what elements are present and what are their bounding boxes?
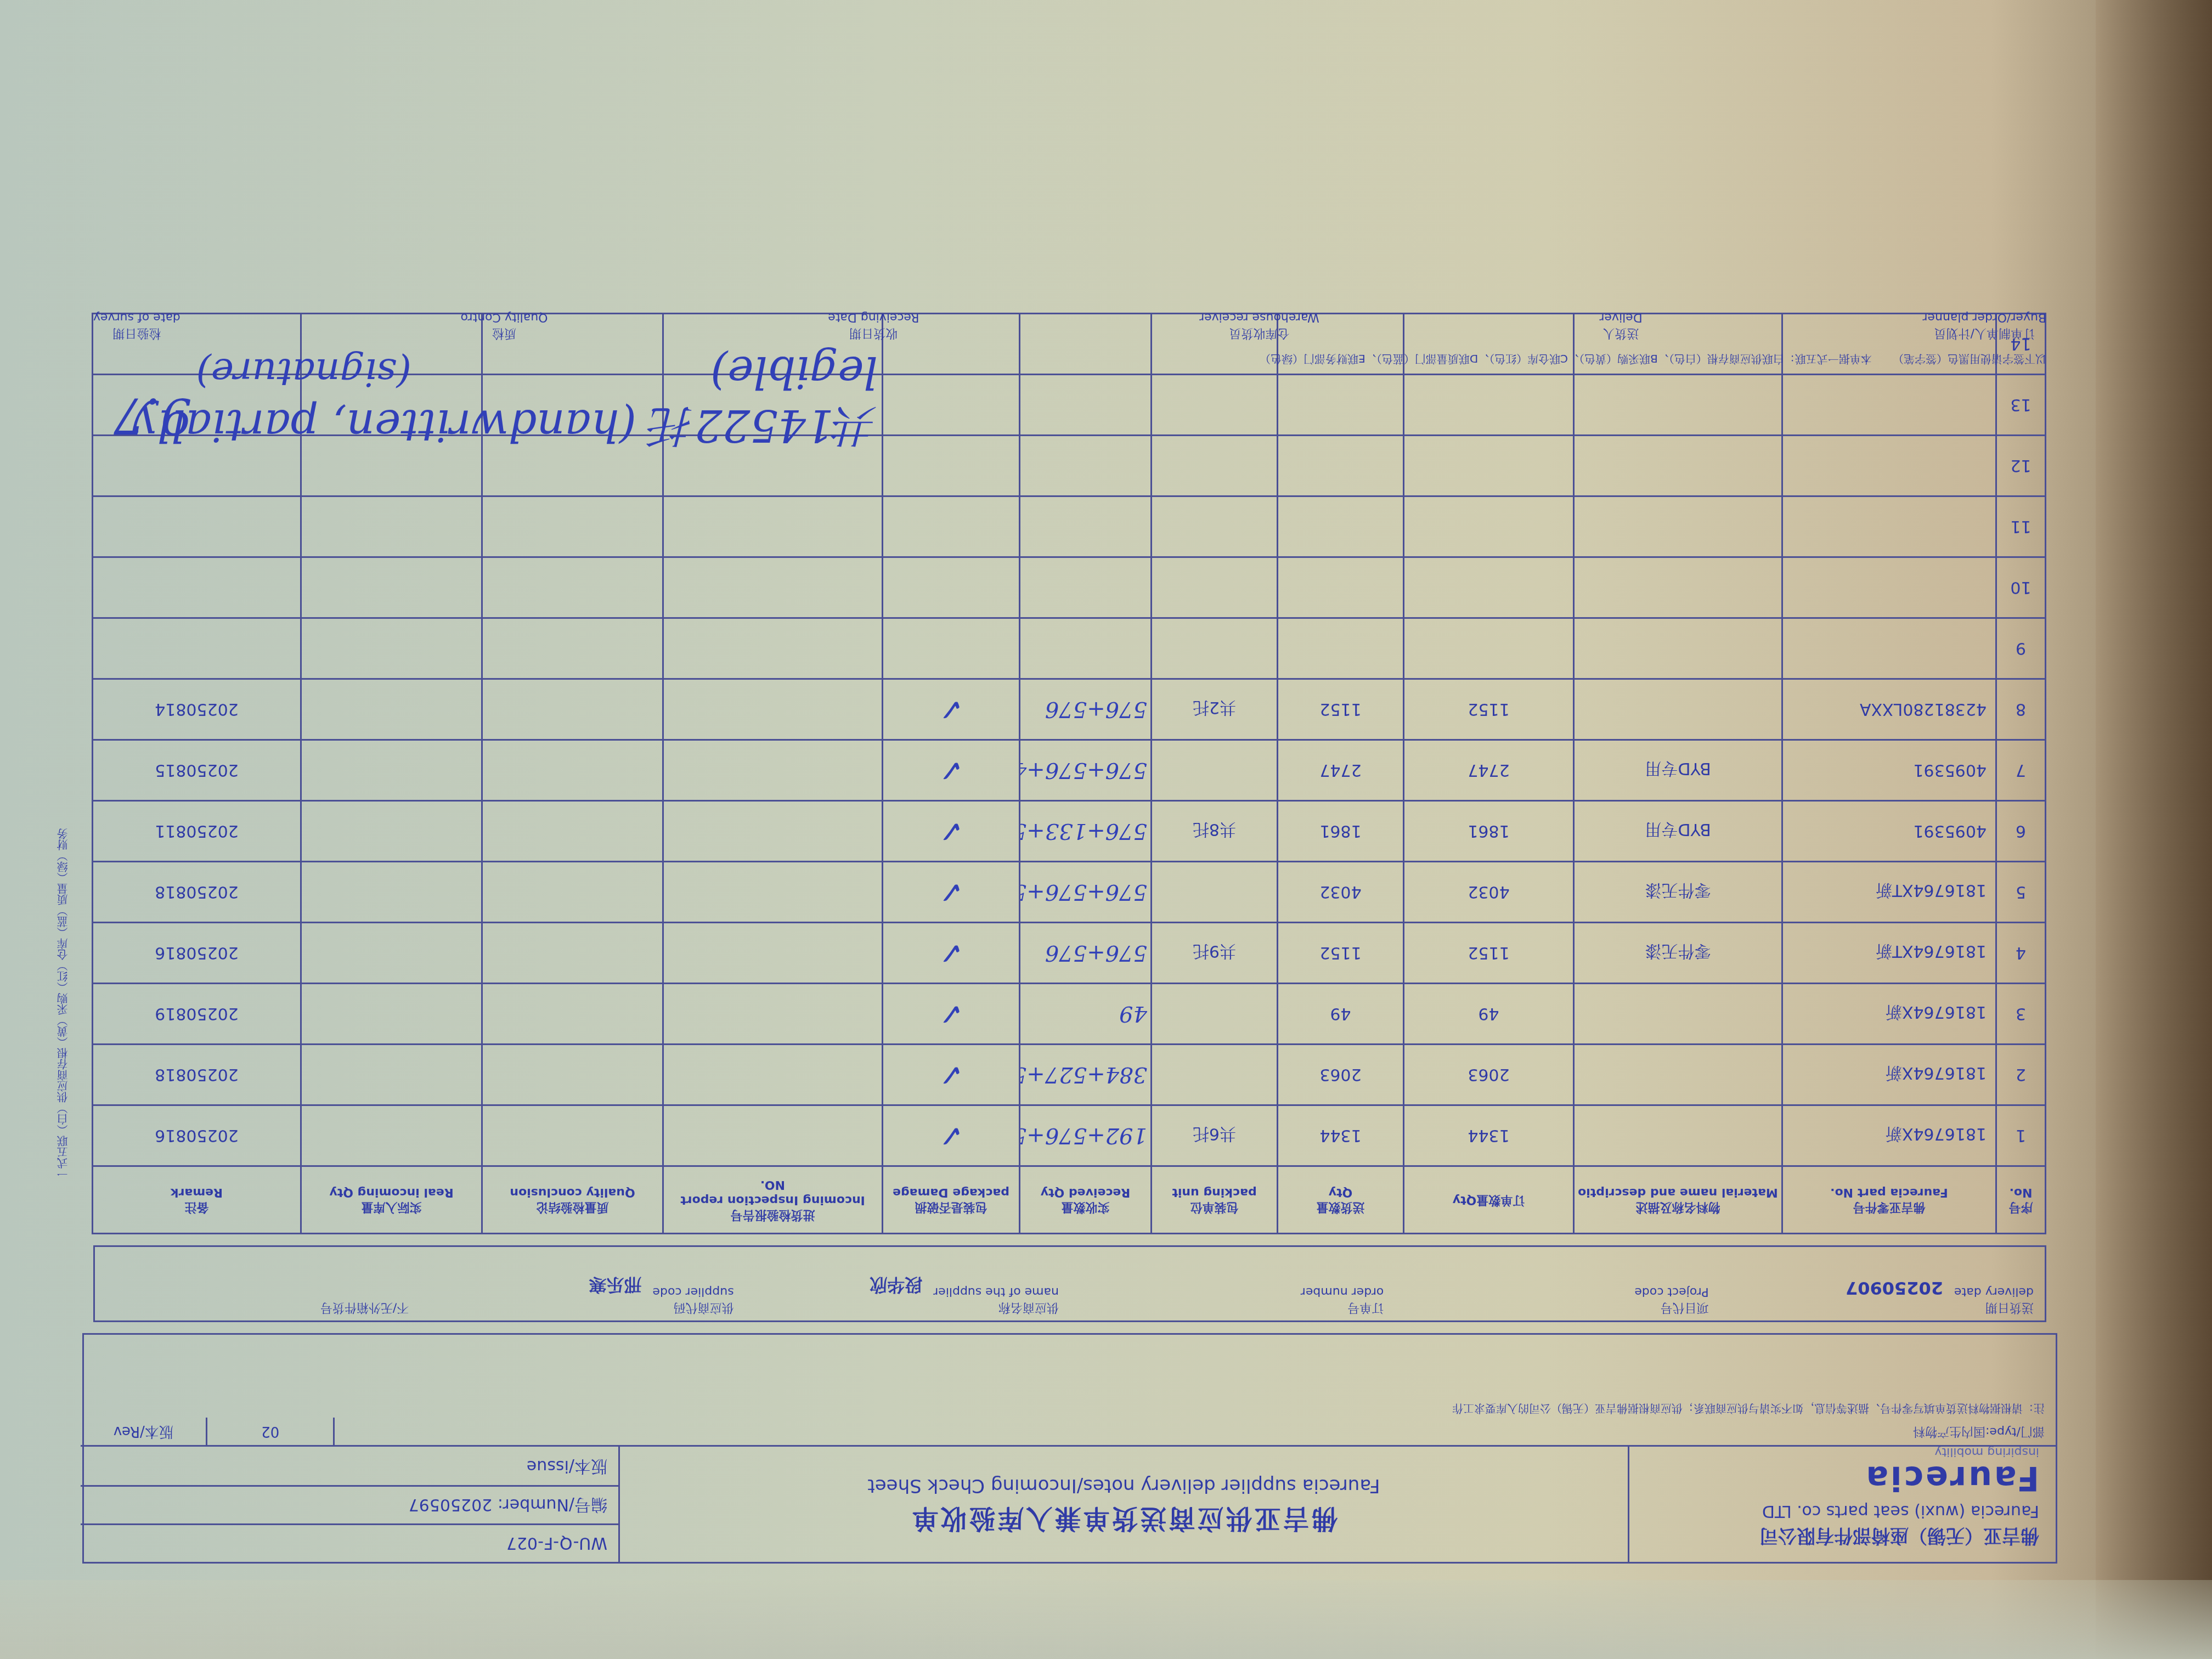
- remark-date: [93, 557, 301, 618]
- col-description-cn: 物料名称及描述: [1578, 1200, 1778, 1215]
- part-no: [1782, 557, 1996, 618]
- col-package-damage-en: package Damage: [887, 1185, 1015, 1200]
- packing-unit: [1152, 557, 1278, 618]
- received-qty: 192+576+576: [1020, 1105, 1152, 1166]
- sign-buyer: 订单制单人/计划员Buyer/Order planner: [1922, 309, 2046, 341]
- col-remark-cn: 备注: [97, 1200, 297, 1215]
- packing-unit: [1152, 375, 1278, 436]
- project-code-label-cn: 项目代号: [1634, 1299, 1708, 1315]
- order-qty: [1404, 496, 1574, 557]
- description: BYD专用: [1574, 801, 1782, 862]
- received-qty: 384+527+576+576: [1020, 1045, 1152, 1105]
- quality-conclusion: [482, 618, 663, 679]
- delivery-date-label-cn: 送货日期: [1954, 1299, 2034, 1315]
- inspection-report: [663, 801, 883, 862]
- revision-box: 02 版本/Rev: [81, 1418, 335, 1445]
- order-qty: [1404, 436, 1574, 496]
- package-damage-check: ✓: [883, 1045, 1020, 1105]
- footer-left-note: 以下签字请使用黑色（签字笔）: [1893, 352, 2046, 365]
- real-incoming-qty: [301, 557, 482, 618]
- description: [1574, 1105, 1782, 1166]
- package-damage-check: ✓: [883, 740, 1020, 801]
- row-no: 5: [1996, 862, 2046, 923]
- quality-conclusion: [482, 557, 663, 618]
- received-qty: 576+133+576+576: [1020, 801, 1152, 862]
- rev-label: 版本/Rev: [81, 1418, 208, 1445]
- supplier-name-value: 段华欣: [870, 1273, 922, 1315]
- form-code-block: WU-Q-F-027 编号/Number: 20250597 版本/issue: [81, 1447, 618, 1562]
- col-received-qty: 实收数量Received Qty: [1020, 1166, 1152, 1234]
- company-name-cn: 佛吉亚（无锡）座椅部件有限公司: [1646, 1524, 2039, 1551]
- col-packing-unit-cn: 包装单位: [1155, 1200, 1273, 1215]
- inspection-report: [663, 496, 883, 557]
- package-damage-check: ✓: [883, 801, 1020, 862]
- real-incoming-qty: [301, 1045, 482, 1105]
- part-no: 4095391: [1782, 801, 1996, 862]
- inspection-report: [663, 1105, 883, 1166]
- company-block: 佛吉亚（无锡）座椅部件有限公司 Faurecia (wuxi) seat par…: [1628, 1447, 2056, 1562]
- sign-receiving-date-cn: 收货日期: [828, 325, 919, 341]
- order-qty: [1404, 375, 1574, 436]
- real-incoming-qty: [301, 740, 482, 801]
- quality-conclusion: [482, 1105, 663, 1166]
- real-incoming-qty: [301, 1105, 482, 1166]
- received-qty: 576+576+576+576+576+576+576: [1020, 862, 1152, 923]
- signature-row: 订单制单人/计划员Buyer/Order planner 送货人Deliver …: [93, 309, 2046, 341]
- col-description: 物料名称及描述Material name and descriptio: [1574, 1166, 1782, 1234]
- quality-conclusion: [482, 740, 663, 801]
- sign-buyer-cn: 订单制单人/计划员: [1922, 325, 2046, 341]
- packing-note-field: 不/无外箱件货号: [95, 1247, 420, 1321]
- col-inspection-report-cn: 进货检验报告号: [667, 1207, 878, 1223]
- sign-quality-cn: 质检: [461, 325, 548, 341]
- col-remark-en: Remark: [97, 1185, 297, 1200]
- row-no: 13: [1996, 375, 2046, 436]
- table-row: 10: [93, 557, 2046, 618]
- part-no: 1816764X新: [1782, 984, 1996, 1045]
- order-qty: 1152: [1404, 923, 1574, 984]
- part-no: [1782, 496, 1996, 557]
- delivery-qty: 2063: [1278, 1045, 1404, 1105]
- order-number-label: 订单号 order number: [1301, 1284, 1384, 1315]
- package-damage-check: ✓: [883, 1105, 1020, 1166]
- delivery-qty: [1278, 557, 1404, 618]
- table-row: 9: [93, 618, 2046, 679]
- delivery-check-sheet: 佛吉亚（无锡）座椅部件有限公司 Faurecia (wuxi) seat par…: [82, 236, 2057, 1564]
- order-qty: 2747: [1404, 740, 1574, 801]
- part-no: [1782, 618, 1996, 679]
- package-damage-check: ✓: [883, 679, 1020, 740]
- part-no: 1816764XT新: [1782, 923, 1996, 984]
- delivery-date-value: 20250907: [1846, 1278, 1943, 1315]
- real-incoming-qty: [301, 679, 482, 740]
- col-real-incoming-qty: 实际入库量Real incoming Qty: [301, 1166, 482, 1234]
- supplier-code-label-en: supplier code: [652, 1284, 733, 1300]
- col-real-incoming-qty-en: Real incoming Qty: [305, 1185, 478, 1200]
- col-quality-conclusion-en: Quality conclusion: [486, 1185, 659, 1200]
- order-qty: 1861: [1404, 801, 1574, 862]
- page-title-en: Faurecia supplier delivery notes/Incomin…: [620, 1475, 1628, 1497]
- form-number-label: 编号/Number:: [498, 1495, 607, 1514]
- package-damage-check: ✓: [883, 862, 1020, 923]
- packing-unit: [1152, 740, 1278, 801]
- row-no: 8: [1996, 679, 2046, 740]
- col-received-qty-en: Received Qty: [1024, 1185, 1147, 1200]
- order-qty: [1404, 618, 1574, 679]
- description: [1574, 618, 1782, 679]
- packing-unit: [1152, 862, 1278, 923]
- row-no: 6: [1996, 801, 2046, 862]
- part-no: 1816764X新: [1782, 1105, 1996, 1166]
- remark-date: [93, 618, 301, 679]
- part-no: [1782, 375, 1996, 436]
- col-quality-conclusion: 质量检验结论Quality conclusion: [482, 1166, 663, 1234]
- order-number-field: 订单号 order number: [1070, 1247, 1395, 1321]
- packing-unit: 共6托: [1152, 1105, 1278, 1166]
- supplier-name-field: 供应商名称 name of the supplier 段华欣: [745, 1247, 1070, 1321]
- real-incoming-qty: [301, 862, 482, 923]
- dept-type: 部门/type:国内生产物料: [1913, 1425, 2045, 1438]
- col-received-qty-cn: 实收数量: [1024, 1200, 1147, 1215]
- delivery-qty: 2747: [1278, 740, 1404, 801]
- company-name-en: Faurecia (wuxi) seat parts co. LTD: [1646, 1502, 2039, 1521]
- sign-warehouse-cn: 仓库收货员: [1199, 325, 1319, 341]
- delivery-qty: 49: [1278, 984, 1404, 1045]
- quality-conclusion: [482, 496, 663, 557]
- sign-deliver-cn: 送货人: [1599, 325, 1642, 341]
- package-damage-check: [883, 618, 1020, 679]
- order-qty: 4032: [1404, 862, 1574, 923]
- sign-quality-en: Quality Contro: [461, 309, 548, 325]
- photo-bottom-surface: [0, 1580, 2212, 1659]
- order-qty: 49: [1404, 984, 1574, 1045]
- supplier-extra-value: 邢乐寒: [589, 1273, 641, 1315]
- delivery-qty: [1278, 618, 1404, 679]
- package-damage-check: [883, 557, 1020, 618]
- received-qty: [1020, 375, 1152, 436]
- description: 零件无漆: [1574, 923, 1782, 984]
- remark-date: 20250816: [93, 923, 301, 984]
- col-inspection-report-en: Incoming Inspection report NO.: [667, 1177, 878, 1207]
- form-number: 编号/Number: 20250597: [81, 1485, 618, 1523]
- remark-date: 20250816: [93, 1105, 301, 1166]
- description: 零件无漆: [1574, 862, 1782, 923]
- sign-deliver-en: Deliver: [1599, 309, 1642, 325]
- form-code: WU-Q-F-027: [81, 1523, 618, 1562]
- real-incoming-qty: [301, 984, 482, 1045]
- col-real-incoming-qty-cn: 实际入库量: [305, 1200, 478, 1215]
- inspection-report: [663, 862, 883, 923]
- col-packing-unit: 包装单位packing unit: [1152, 1166, 1278, 1234]
- table-row: 842381280LXXA11521152共2托576+576✓20250814: [93, 679, 2046, 740]
- packing-unit: [1152, 984, 1278, 1045]
- remark-date: 20250818: [93, 862, 301, 923]
- table-row: 51816764XT新零件无漆40324032576+576+576+576+5…: [93, 862, 2046, 923]
- inspection-report: [663, 679, 883, 740]
- row-no: 11: [1996, 496, 2046, 557]
- row-no: 9: [1996, 618, 2046, 679]
- delivery-qty: 4032: [1278, 862, 1404, 923]
- description: [1574, 557, 1782, 618]
- part-no: 1816764X新: [1782, 1045, 1996, 1105]
- part-no: [1782, 436, 1996, 496]
- col-inspection-report: 进货检验报告号Incoming Inspection report NO.: [663, 1166, 883, 1234]
- meta-row: 部门/type:国内生产物料 02 版本/Rev: [81, 1419, 2056, 1447]
- remark-date: 20250814: [93, 679, 301, 740]
- col-delivery-qty-en: Qty: [1282, 1185, 1400, 1200]
- packing-unit: 共8托: [1152, 801, 1278, 862]
- package-damage-check: [883, 436, 1020, 496]
- delivery-date-label: 送货日期 delivery date: [1954, 1284, 2034, 1315]
- delivery-date-field: 送货日期 delivery date 20250907: [1720, 1247, 2045, 1321]
- col-description-en: Material name and descriptio: [1578, 1185, 1778, 1200]
- received-qty: [1020, 557, 1152, 618]
- received-qty: 576+576: [1020, 679, 1152, 740]
- sign-warehouse-en: Warehouse receiver: [1199, 309, 1319, 325]
- sign-warehouse: 仓库收货员Warehouse receiver: [1199, 309, 1319, 341]
- description: [1574, 375, 1782, 436]
- quality-conclusion: [482, 984, 663, 1045]
- order-number-label-cn: 订单号: [1301, 1299, 1384, 1315]
- title-block: 佛吉亚供应商送货单兼入库验收单 Faurecia supplier delive…: [618, 1447, 1628, 1562]
- remark-date: [93, 496, 301, 557]
- quality-conclusion: [482, 679, 663, 740]
- form-number-value: 20250597: [409, 1495, 493, 1514]
- real-incoming-qty: [301, 496, 482, 557]
- delivery-qty: [1278, 496, 1404, 557]
- quality-conclusion: [482, 1045, 663, 1105]
- col-package-damage: 包装是否破损package Damage: [883, 1166, 1020, 1234]
- packing-note: 不/无外箱件货号: [320, 1299, 409, 1315]
- real-incoming-qty: [301, 801, 482, 862]
- description: [1574, 436, 1782, 496]
- delivery-qty: 1861: [1278, 801, 1404, 862]
- table-row: 11: [93, 496, 2046, 557]
- side-note: 一式五联（白）供应商存根（黄）采购（红）仓库（蓝）质量（绿）财务: [55, 828, 77, 1180]
- order-qty: 2063: [1404, 1045, 1574, 1105]
- col-part-no-cn: 佛吉亚零件号: [1786, 1200, 1992, 1215]
- supplier-name-label-cn: 供应商名称: [933, 1299, 1059, 1315]
- photo-edge-shadow: [2096, 0, 2212, 1659]
- inspection-report: [663, 557, 883, 618]
- packing-unit: [1152, 618, 1278, 679]
- col-package-damage-cn: 包装是否破损: [887, 1200, 1015, 1215]
- inspection-report: [663, 740, 883, 801]
- part-no: 42381280LXXA: [1782, 679, 1996, 740]
- rev-value: 02: [208, 1418, 334, 1445]
- description: [1574, 984, 1782, 1045]
- description: [1574, 1045, 1782, 1105]
- form-issue: 版本/issue: [81, 1447, 618, 1485]
- description: [1574, 679, 1782, 740]
- received-qty: [1020, 496, 1152, 557]
- real-incoming-qty: [301, 923, 482, 984]
- col-packing-unit-en: packing unit: [1155, 1185, 1273, 1200]
- sign-receiving-date-en: Receiving Date: [828, 309, 919, 325]
- table-row: 41816764XT新零件无漆11521152共9托576+576✓202508…: [93, 923, 2046, 984]
- order-qty: 1344: [1404, 1105, 1574, 1166]
- col-delivery-qty: 送货数量Qty: [1278, 1166, 1404, 1234]
- quality-conclusion: [482, 923, 663, 984]
- order-qty: 1152: [1404, 679, 1574, 740]
- project-code-field: 项目代号 Project code: [1395, 1247, 1719, 1321]
- packing-unit: [1152, 436, 1278, 496]
- delivery-qty: 1344: [1278, 1105, 1404, 1166]
- form-issue-label: 版本/issue: [527, 1457, 607, 1476]
- project-code-label: 项目代号 Project code: [1634, 1284, 1708, 1315]
- package-damage-check: [883, 496, 1020, 557]
- table-header-row: 序号No. 佛吉亚零件号Faurecia part No. 物料名称及描述Mat…: [93, 1166, 2046, 1234]
- order-number-label-en: order number: [1301, 1284, 1384, 1300]
- packing-unit: [1152, 496, 1278, 557]
- sign-quality: 质检Quality Contro: [461, 309, 548, 341]
- supplier-name-label: 供应商名称 name of the supplier: [933, 1284, 1059, 1315]
- supplier-code-label-cn: 供应商代码: [652, 1299, 733, 1315]
- real-incoming-qty: [301, 618, 482, 679]
- row-no: 3: [1996, 984, 2046, 1045]
- quality-conclusion: [482, 862, 663, 923]
- page-title-cn: 佛吉亚供应商送货单兼入库验收单: [620, 1502, 1628, 1540]
- row-no: 12: [1996, 436, 2046, 496]
- delivery-qty: 1152: [1278, 923, 1404, 984]
- remark-date: 20250818: [93, 1045, 301, 1105]
- table-row: 11816764X新13441344共6托192+576+576✓2025081…: [93, 1105, 2046, 1166]
- row-no: 4: [1996, 923, 2046, 984]
- sign-deliver: 送货人Deliver: [1599, 309, 1642, 341]
- quality-conclusion: [482, 801, 663, 862]
- delivery-qty: [1278, 375, 1404, 436]
- col-quality-conclusion-cn: 质量检验结论: [486, 1200, 659, 1215]
- table-row: 74095391BYD专用27472747576+576+443+576+576…: [93, 740, 2046, 801]
- inspection-report: [663, 618, 883, 679]
- supplier-code-field: 供应商代码 supplier code 邢乐寒: [420, 1247, 744, 1321]
- sign-receiving-date: 收货日期Receiving Date: [828, 309, 919, 341]
- received-qty: 49: [1020, 984, 1152, 1045]
- supplier-name-label-en: name of the supplier: [933, 1284, 1059, 1300]
- col-part-no: 佛吉亚零件号Faurecia part No.: [1782, 1166, 1996, 1234]
- sign-survey-date: 检验日期date of survey: [93, 309, 180, 341]
- row-no: 7: [1996, 740, 2046, 801]
- inspection-report: [663, 923, 883, 984]
- footer-distribution-note: 本单据一式五联：白联供应商存根（白色）、B联采购（黄色）、C联仓库（红色）、D联…: [1260, 352, 1872, 365]
- row-no: 1: [1996, 1105, 2046, 1166]
- delivery-info-row: 送货日期 delivery date 20250907 项目代号 Project…: [93, 1245, 2046, 1322]
- received-qty: [1020, 436, 1152, 496]
- table-row: 21816764X新20632063384+527+576+576✓202508…: [93, 1045, 2046, 1105]
- packing-unit: 共9托: [1152, 923, 1278, 984]
- received-qty: [1020, 618, 1152, 679]
- part-no: 1816764XT新: [1782, 862, 1996, 923]
- part-no: 4095391: [1782, 740, 1996, 801]
- received-qty: 576+576: [1020, 923, 1152, 984]
- delivery-qty: [1278, 436, 1404, 496]
- col-delivery-qty-cn: 送货数量: [1282, 1200, 1400, 1215]
- faurecia-logo: Faurecia: [1646, 1459, 2039, 1497]
- sheet-header: 佛吉亚（无锡）座椅部件有限公司 Faurecia (wuxi) seat par…: [82, 1333, 2057, 1564]
- description: [1574, 496, 1782, 557]
- col-order-qty: 订单数量Qty: [1404, 1166, 1574, 1234]
- delivery-qty: 1152: [1278, 679, 1404, 740]
- package-damage-check: [883, 375, 1020, 436]
- supplier-code-label: 供应商代码 supplier code: [652, 1284, 733, 1315]
- project-code-label-en: Project code: [1634, 1284, 1708, 1300]
- table-row: 31816764X新494949✓20250819: [93, 984, 2046, 1045]
- remark-date: 20250811: [93, 801, 301, 862]
- col-part-no-en: Faurecia part No.: [1786, 1185, 1992, 1200]
- package-damage-check: ✓: [883, 923, 1020, 984]
- footer: 以下签字请使用黑色（签字笔） 本单据一式五联：白联供应商存根（白色）、B联采购（…: [93, 236, 2046, 368]
- remark-date: 20250815: [93, 740, 301, 801]
- inspection-report: [663, 984, 883, 1045]
- order-qty: [1404, 557, 1574, 618]
- row-no: 10: [1996, 557, 2046, 618]
- inspection-report: [663, 1045, 883, 1105]
- handwritten-survey-date: 9.7: [114, 387, 192, 444]
- sign-survey-date-en: date of survey: [93, 309, 180, 325]
- col-no-cn: 序号: [2000, 1200, 2041, 1215]
- package-damage-check: ✓: [883, 984, 1020, 1045]
- received-qty: 576+576+443+576+576: [1020, 740, 1152, 801]
- handwritten-signature: (signature): [196, 350, 411, 395]
- delivery-date-label-en: delivery date: [1954, 1284, 2034, 1300]
- sign-survey-date-cn: 检验日期: [93, 325, 180, 341]
- top-note: 注：请根据物料送货单填写零件号、描述等信息，如不实请与供应商联系；供应商根据佛吉…: [81, 1397, 2056, 1419]
- col-no-en: No.: [2000, 1185, 2041, 1200]
- col-order-qty-cn: 订单数量Qty: [1408, 1192, 1570, 1207]
- remark-date: 20250819: [93, 984, 301, 1045]
- sign-buyer-en: Buyer/Order planner: [1922, 309, 2046, 325]
- packing-unit: 共2托: [1152, 679, 1278, 740]
- description: BYD专用: [1574, 740, 1782, 801]
- col-remark: 备注Remark: [93, 1166, 301, 1234]
- row-no: 2: [1996, 1045, 2046, 1105]
- table-row: 64095391BYD专用18611861共8托576+133+576+576✓…: [93, 801, 2046, 862]
- col-no: 序号No.: [1996, 1166, 2046, 1234]
- brand-tagline: inspiring mobility: [1646, 1445, 2039, 1459]
- packing-unit: [1152, 1045, 1278, 1105]
